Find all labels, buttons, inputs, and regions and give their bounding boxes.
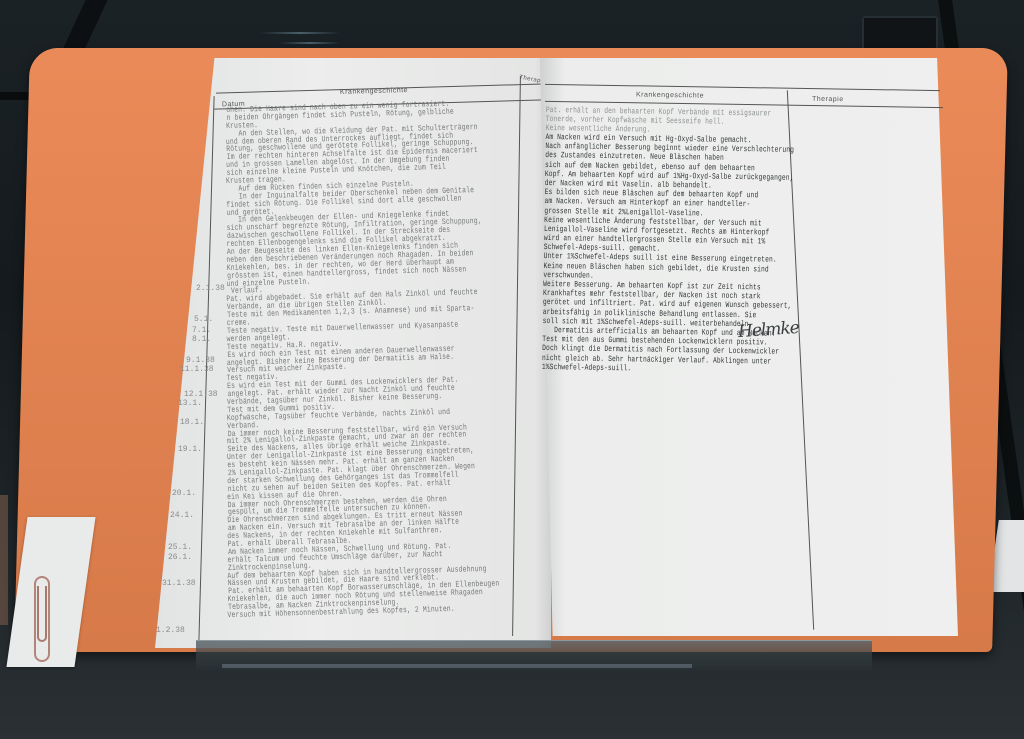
date-entry: 20.1.: [172, 489, 196, 498]
date-entry: 19.1.: [178, 445, 202, 454]
column-header-therapy: Therapie: [812, 96, 844, 103]
column-header-history: Krankengeschichte: [636, 91, 704, 99]
date-entry: 2.1.38: [196, 284, 225, 293]
date-entry: 31.1.38: [162, 579, 196, 588]
date-entry: 12.1.38: [184, 390, 218, 399]
date-entry: 9.1.38: [186, 356, 215, 365]
left-page-history-text: ohen. Die Haare sind nach oben zu ein we…: [226, 98, 554, 619]
date-entry: 13.1.: [178, 399, 202, 408]
reflection: [260, 32, 340, 34]
date-entry: 18.1.: [180, 418, 204, 427]
date-entry: 25.1.: [168, 543, 192, 552]
date-entry: 26.1.: [168, 553, 192, 562]
date-entry: 11.1.38: [180, 365, 214, 374]
date-entry: 8.1.: [192, 335, 211, 344]
reflection: [280, 42, 340, 44]
date-entry: 24.1.: [170, 511, 194, 520]
physician-signature: Helmke: [737, 318, 799, 342]
date-entry: 1.2.38: [156, 626, 185, 635]
right-page-history-text: Pat. erhält an den behaarten Kopf Verbän…: [542, 106, 873, 377]
date-entry: 5.1.: [194, 315, 213, 324]
acrylic-reflection: [222, 664, 692, 668]
paperclip-inner: [37, 586, 47, 642]
date-entry: 7.1.: [192, 326, 211, 335]
display-case-handle: [862, 16, 938, 50]
display-object: [0, 495, 8, 625]
